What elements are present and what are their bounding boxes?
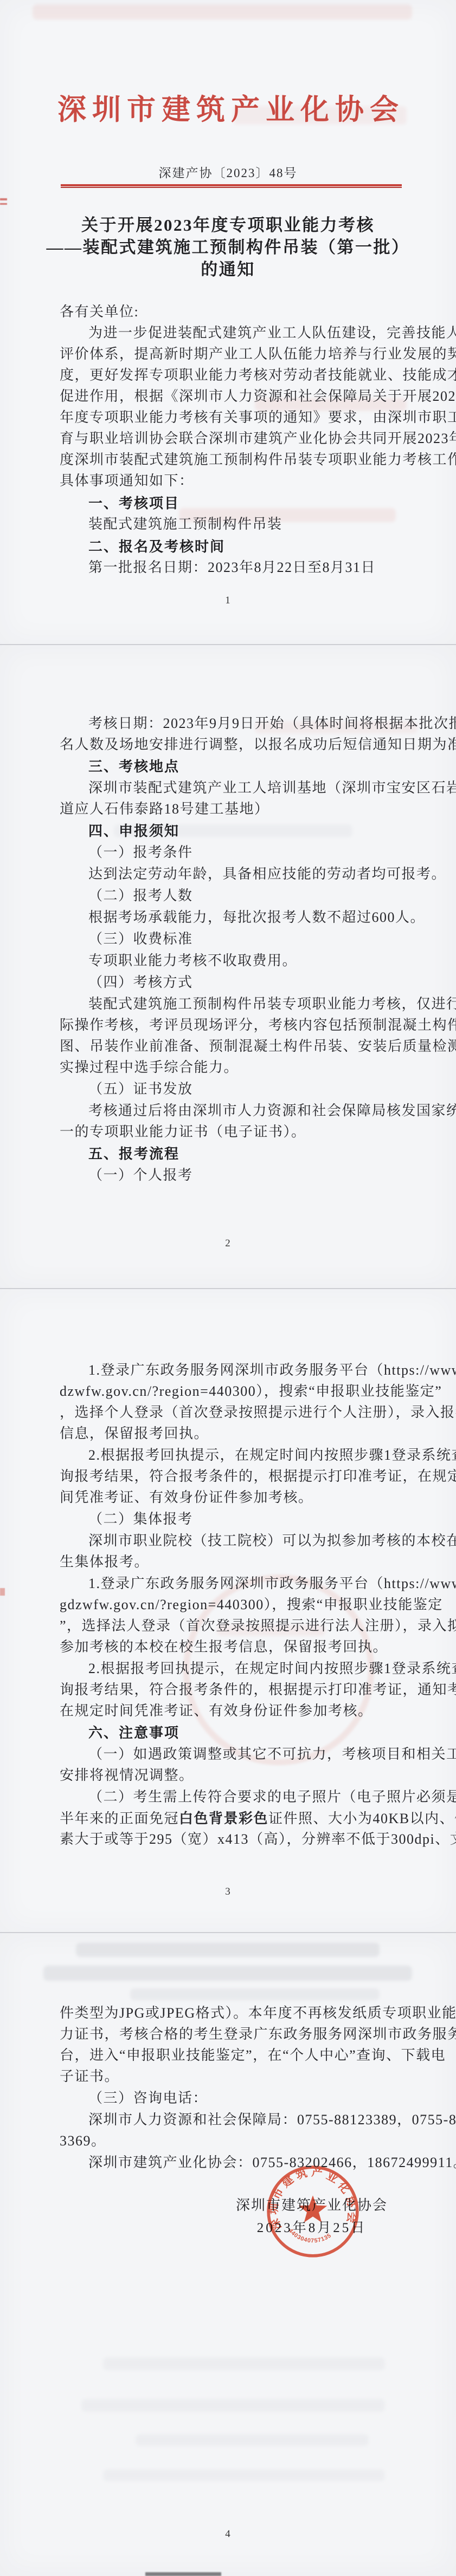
svg-text:4403040757135: 4403040757135 xyxy=(287,2227,333,2244)
text-line: 参加考核的本校在校生报考信息，保留报考回执。 xyxy=(60,1637,407,1657)
text-line: 1.登录广东政务服务网深圳市政务服务平台（https://www.g xyxy=(60,1361,435,1380)
text-line: （三）收费标准 xyxy=(60,929,435,949)
text-line: 专项职业能力考核不收取费用。 xyxy=(60,951,435,971)
text-line: 为进一步促进装配式建筑产业工人队伍建设，完善技能人才 xyxy=(60,323,435,343)
text-line: 道应人石伟泰路18号建工基地） xyxy=(60,799,407,819)
section-heading: 六、注意事项 xyxy=(60,1723,435,1742)
text-line: 年度专项职业能力考核有关事项的通知》要求，由深圳市职工教 xyxy=(60,408,407,427)
text-line: 深圳市人力资源和社会保障局：0755-88123389，0755-8812 xyxy=(60,2110,435,2130)
text-line: 际操作考核，考评员现场评分，考核内容包括预制混凝土构件识 xyxy=(60,1016,407,1035)
notice-title-line2: ——装配式建筑施工预制构件吊装（第一批） xyxy=(0,233,456,258)
bleed-through-artifact xyxy=(33,4,412,19)
text-line: 安排将视情况调整。 xyxy=(60,1766,407,1785)
scanned-notice-document: 深圳市建筑产业化协会 深建产协〔2023〕48号 关于开展2023年度专项职业能… xyxy=(0,0,456,2576)
scanner-edge-smudge xyxy=(145,2572,221,2576)
text-segment: 半年来的正面免冠 xyxy=(60,1811,179,1826)
scan-edge-mark xyxy=(0,198,7,200)
text-line: 装配式建筑施工预制构件吊装专项职业能力考核，仅进行实 xyxy=(60,994,435,1014)
bleed-through-artifact xyxy=(130,1988,380,2000)
text-line: 第一批报名日期：2023年8月22日至8月31日 xyxy=(60,558,435,577)
text-line: （四）考核方式 xyxy=(60,973,435,992)
section-heading: 一、考核项目 xyxy=(60,493,435,513)
text-line: 度，更好发挥专项职业能力考核对劳动者技能就业、技能成才的 xyxy=(60,366,407,385)
red-divider xyxy=(61,184,402,188)
text-line: 询报考结果，符合报考条件的，根据提示打印准考证，通知考生 xyxy=(60,1680,407,1700)
page-2: 考核日期：2023年9月9日开始（具体时间将根据本批次报名人数及场地安排进行调整… xyxy=(0,644,456,1288)
text-line: 具体事项通知如下： xyxy=(60,471,407,491)
text-line: 根据考场承载能力，每批次报考人数不超过600人。 xyxy=(60,908,435,927)
text-line: 间凭准考证、有效身份证件参加考核。 xyxy=(60,1488,407,1507)
text-line: 1.登录广东政务服务网深圳市政务服务平台（https://www. xyxy=(60,1574,435,1593)
page-1: 深圳市建筑产业化协会 深建产协〔2023〕48号 关于开展2023年度专项职业能… xyxy=(0,0,456,644)
text-line: 一的专项职业能力证书（电子证书）。 xyxy=(60,1122,407,1142)
text-line: 3369。 xyxy=(60,2131,407,2151)
text-line: （二）考生需上传符合要求的电子照片（电子照片必须是近 xyxy=(60,1787,435,1807)
bleed-through-artifact xyxy=(136,2434,369,2446)
page-4: 深圳市建筑产业化协会 2023年8月25日 深圳市建筑产业化协会 4403040… xyxy=(0,1932,456,2576)
section-heading: 五、报考流程 xyxy=(60,1144,435,1163)
section-heading: 三、考核地点 xyxy=(60,757,435,776)
text-line: 育与职业培训协会联合深圳市建筑产业化协会共同开展2023年 xyxy=(60,429,407,448)
text-line: 图、吊装作业前准备、预制混凝土构件吊装、安装后质量检测及 xyxy=(60,1037,407,1056)
text-line: 素大于或等于295（宽）x413（高），分辨率不低于300dpi、文 xyxy=(60,1830,407,1849)
text-line: 深圳市装配式建筑产业工人培训基地（深圳市宝安区石岩街 xyxy=(60,778,435,798)
text-line: 深圳市职业院校（技工院校）可以为拟参加考核的本校在校 xyxy=(60,1531,435,1551)
text-line: 子证书。 xyxy=(60,2067,407,2086)
text-line: 力证书，考核合格的考生登录广东政务服务网深圳市政务服务平 xyxy=(60,2025,407,2044)
page-3: 1.登录广东政务服务网深圳市政务服务平台（https://www.gdzwfw.… xyxy=(0,1288,456,1932)
text-line: 名人数及场地安排进行调整，以报名成功后短信通知日期为准） xyxy=(60,735,407,754)
text-line: 生集体报考。 xyxy=(60,1552,407,1572)
seal-serial-number: 4403040757135 xyxy=(287,2227,333,2244)
text-line: ，选择个人登录（首次登录按照提示进行个人注册），录入报考 xyxy=(60,1403,407,1422)
bleed-through-artifact xyxy=(43,1966,412,1981)
text-line: （五）证书发放 xyxy=(60,1079,435,1099)
section-heading: 二、报名及考核时间 xyxy=(60,537,435,556)
scan-edge-mark xyxy=(0,1588,5,1596)
page-number: 1 xyxy=(0,595,456,607)
text-line: 询报考结果，符合报考条件的，根据提示打印准考证，在规定时 xyxy=(60,1467,407,1486)
text-line: 在规定时间凭准考证、有效身份证件参加考核。 xyxy=(60,1701,407,1721)
text-line: 各有关单位: xyxy=(60,302,407,322)
text-line: 度深圳市装配式建筑施工预制构件吊装专项职业能力考核工作， xyxy=(60,450,407,470)
text-line: 深圳市建筑产业化协会：0755-83202466，18672499911。 xyxy=(60,2153,435,2172)
text-segment: 证件照、大小为40KB以内、像 xyxy=(268,1811,456,1826)
text-line: 半年来的正面免冠白色背景彩色证件照、大小为40KB以内、像 xyxy=(60,1809,407,1828)
text-line: （二）集体报考 xyxy=(60,1510,435,1529)
document-number: 深建产协〔2023〕48号 xyxy=(0,163,456,181)
text-line: （一）报考条件 xyxy=(60,843,435,862)
text-line: （二）报考人数 xyxy=(60,886,435,906)
text-line: dzwfw.gov.cn/?region=440300），搜索“申报职业技能鉴定… xyxy=(60,1382,407,1401)
bleed-through-artifact xyxy=(76,1943,380,1957)
bleed-through-artifact xyxy=(103,2469,385,2481)
scan-edge-mark xyxy=(0,203,7,205)
text-line: 信息，保留报考回执。 xyxy=(60,1424,407,1443)
text-line: 装配式建筑施工预制构件吊装 xyxy=(60,515,435,534)
text-line: 促进作用，根据《深圳市人力资源和社会保障局关于开展2023 xyxy=(60,387,407,406)
page-number: 2 xyxy=(0,1238,456,1250)
text-line: 实操过程中选手综合能力。 xyxy=(60,1058,407,1077)
text-line: 达到法定劳动年龄，具备相应技能的劳动者均可报考。 xyxy=(60,864,435,884)
text-line: 2.根据报考回执提示，在规定时间内按照步骤1登录系统查 xyxy=(60,1446,435,1465)
text-line: gdzwfw.gov.cn/?region=440300），搜索“申报职业技能鉴… xyxy=(60,1595,407,1615)
text-line: （一）如遇政策调整或其它不可抗力，考核项目和相关工作 xyxy=(60,1745,435,1764)
text-line: 2.根据报考回执提示，在规定时间内按照步骤1登录系统查 xyxy=(60,1659,435,1679)
seal-star-icon xyxy=(299,2195,327,2222)
notice-title-line3: 的通知 xyxy=(0,256,456,280)
page-number: 4 xyxy=(0,2528,456,2540)
text-line: 台，进入“申报职业技能鉴定”，在“个人中心”查询、下载电 xyxy=(60,2046,407,2065)
text-line: ”，选择法人登录（首次登录按照提示进行法人注册），录入拟 xyxy=(60,1616,407,1636)
emphasized-text-segment: 白色背景彩色 xyxy=(179,1810,268,1826)
text-line: 考核通过后将由深圳市人力资源和社会保障局核发国家统 xyxy=(60,1101,435,1121)
bleed-through-artifact xyxy=(103,2357,385,2370)
text-line: 件类型为JPG或JPEG格式）。本年度不再核发纸质专项职业能 xyxy=(60,2003,407,2023)
text-line: （一）个人报考 xyxy=(60,1166,435,1185)
letterhead-org-title: 深圳市建筑产业化协会 xyxy=(0,87,456,128)
notice-title-line1: 关于开展2023年度专项职业能力考核 xyxy=(0,211,456,236)
text-line: （三）咨询电话： xyxy=(60,2089,435,2108)
page-number: 3 xyxy=(0,1886,456,1898)
text-line: 评价体系，提高新时期产业工人队伍能力培养与行业发展的契合 xyxy=(60,344,407,364)
bleed-through-artifact xyxy=(81,2399,385,2412)
official-red-seal: 深圳市建筑产业化协会 4403040757135 xyxy=(265,2164,361,2259)
text-line: 考核日期：2023年9月9日开始（具体时间将根据本批次报 xyxy=(60,714,435,733)
section-heading: 四、申报须知 xyxy=(60,821,435,841)
